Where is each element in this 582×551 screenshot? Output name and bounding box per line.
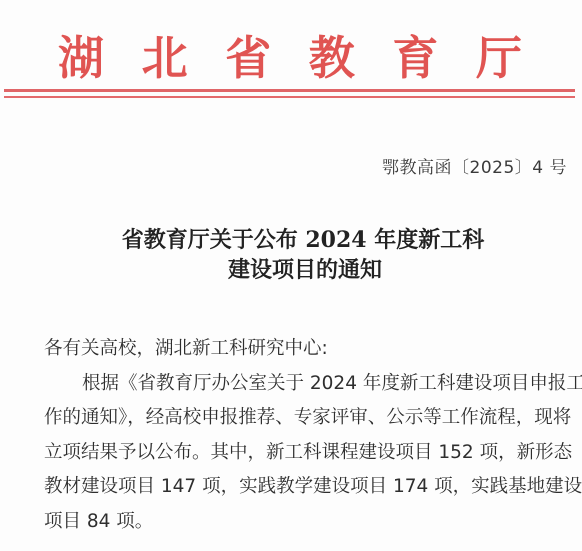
document-number: 鄂教高函〔2025〕4 号 — [382, 156, 567, 180]
masthead-char: 教 — [306, 30, 358, 86]
masthead-char: 育 — [389, 30, 441, 86]
title-line-1: 省教育厅关于公布 2024 年度新工科 — [0, 224, 582, 256]
salutation: 各有关高校，湖北新工科研究中心: — [44, 332, 574, 367]
masthead-char: 省 — [222, 30, 274, 86]
paragraph-line: 根据《省教育厅办公室关于 2024 年度新工科建设项目申报工 — [44, 367, 574, 402]
masthead-divider-thin — [4, 96, 575, 98]
document-title: 省教育厅关于公布 2024 年度新工科 建设项目的通知 — [0, 224, 582, 286]
document-body: 各有关高校，湖北新工科研究中心: 根据《省教育厅办公室关于 2024 年度新工科… — [44, 332, 574, 539]
masthead-char: 厅 — [473, 30, 525, 86]
paragraph-line: 立项结果予以公布。其中，新工科课程建设项目 152 项，新形态 — [44, 436, 574, 471]
masthead-char: 北 — [139, 30, 191, 86]
title-line-2: 建设项目的通知 — [0, 254, 582, 286]
masthead-divider-thick — [4, 89, 575, 92]
paragraph-line: 作的通知》，经高校申报推荐、专家评审、公示等工作流程，现将 — [44, 401, 574, 436]
masthead-organization: 湖 北 省 教 育 厅 — [55, 30, 525, 86]
paragraph-line: 项目 84 项。 — [44, 505, 574, 540]
masthead-char: 湖 — [55, 30, 107, 86]
paragraph-line: 教材建设项目 147 项，实践教学建设项目 174 项，实践基地建设 — [44, 470, 574, 505]
